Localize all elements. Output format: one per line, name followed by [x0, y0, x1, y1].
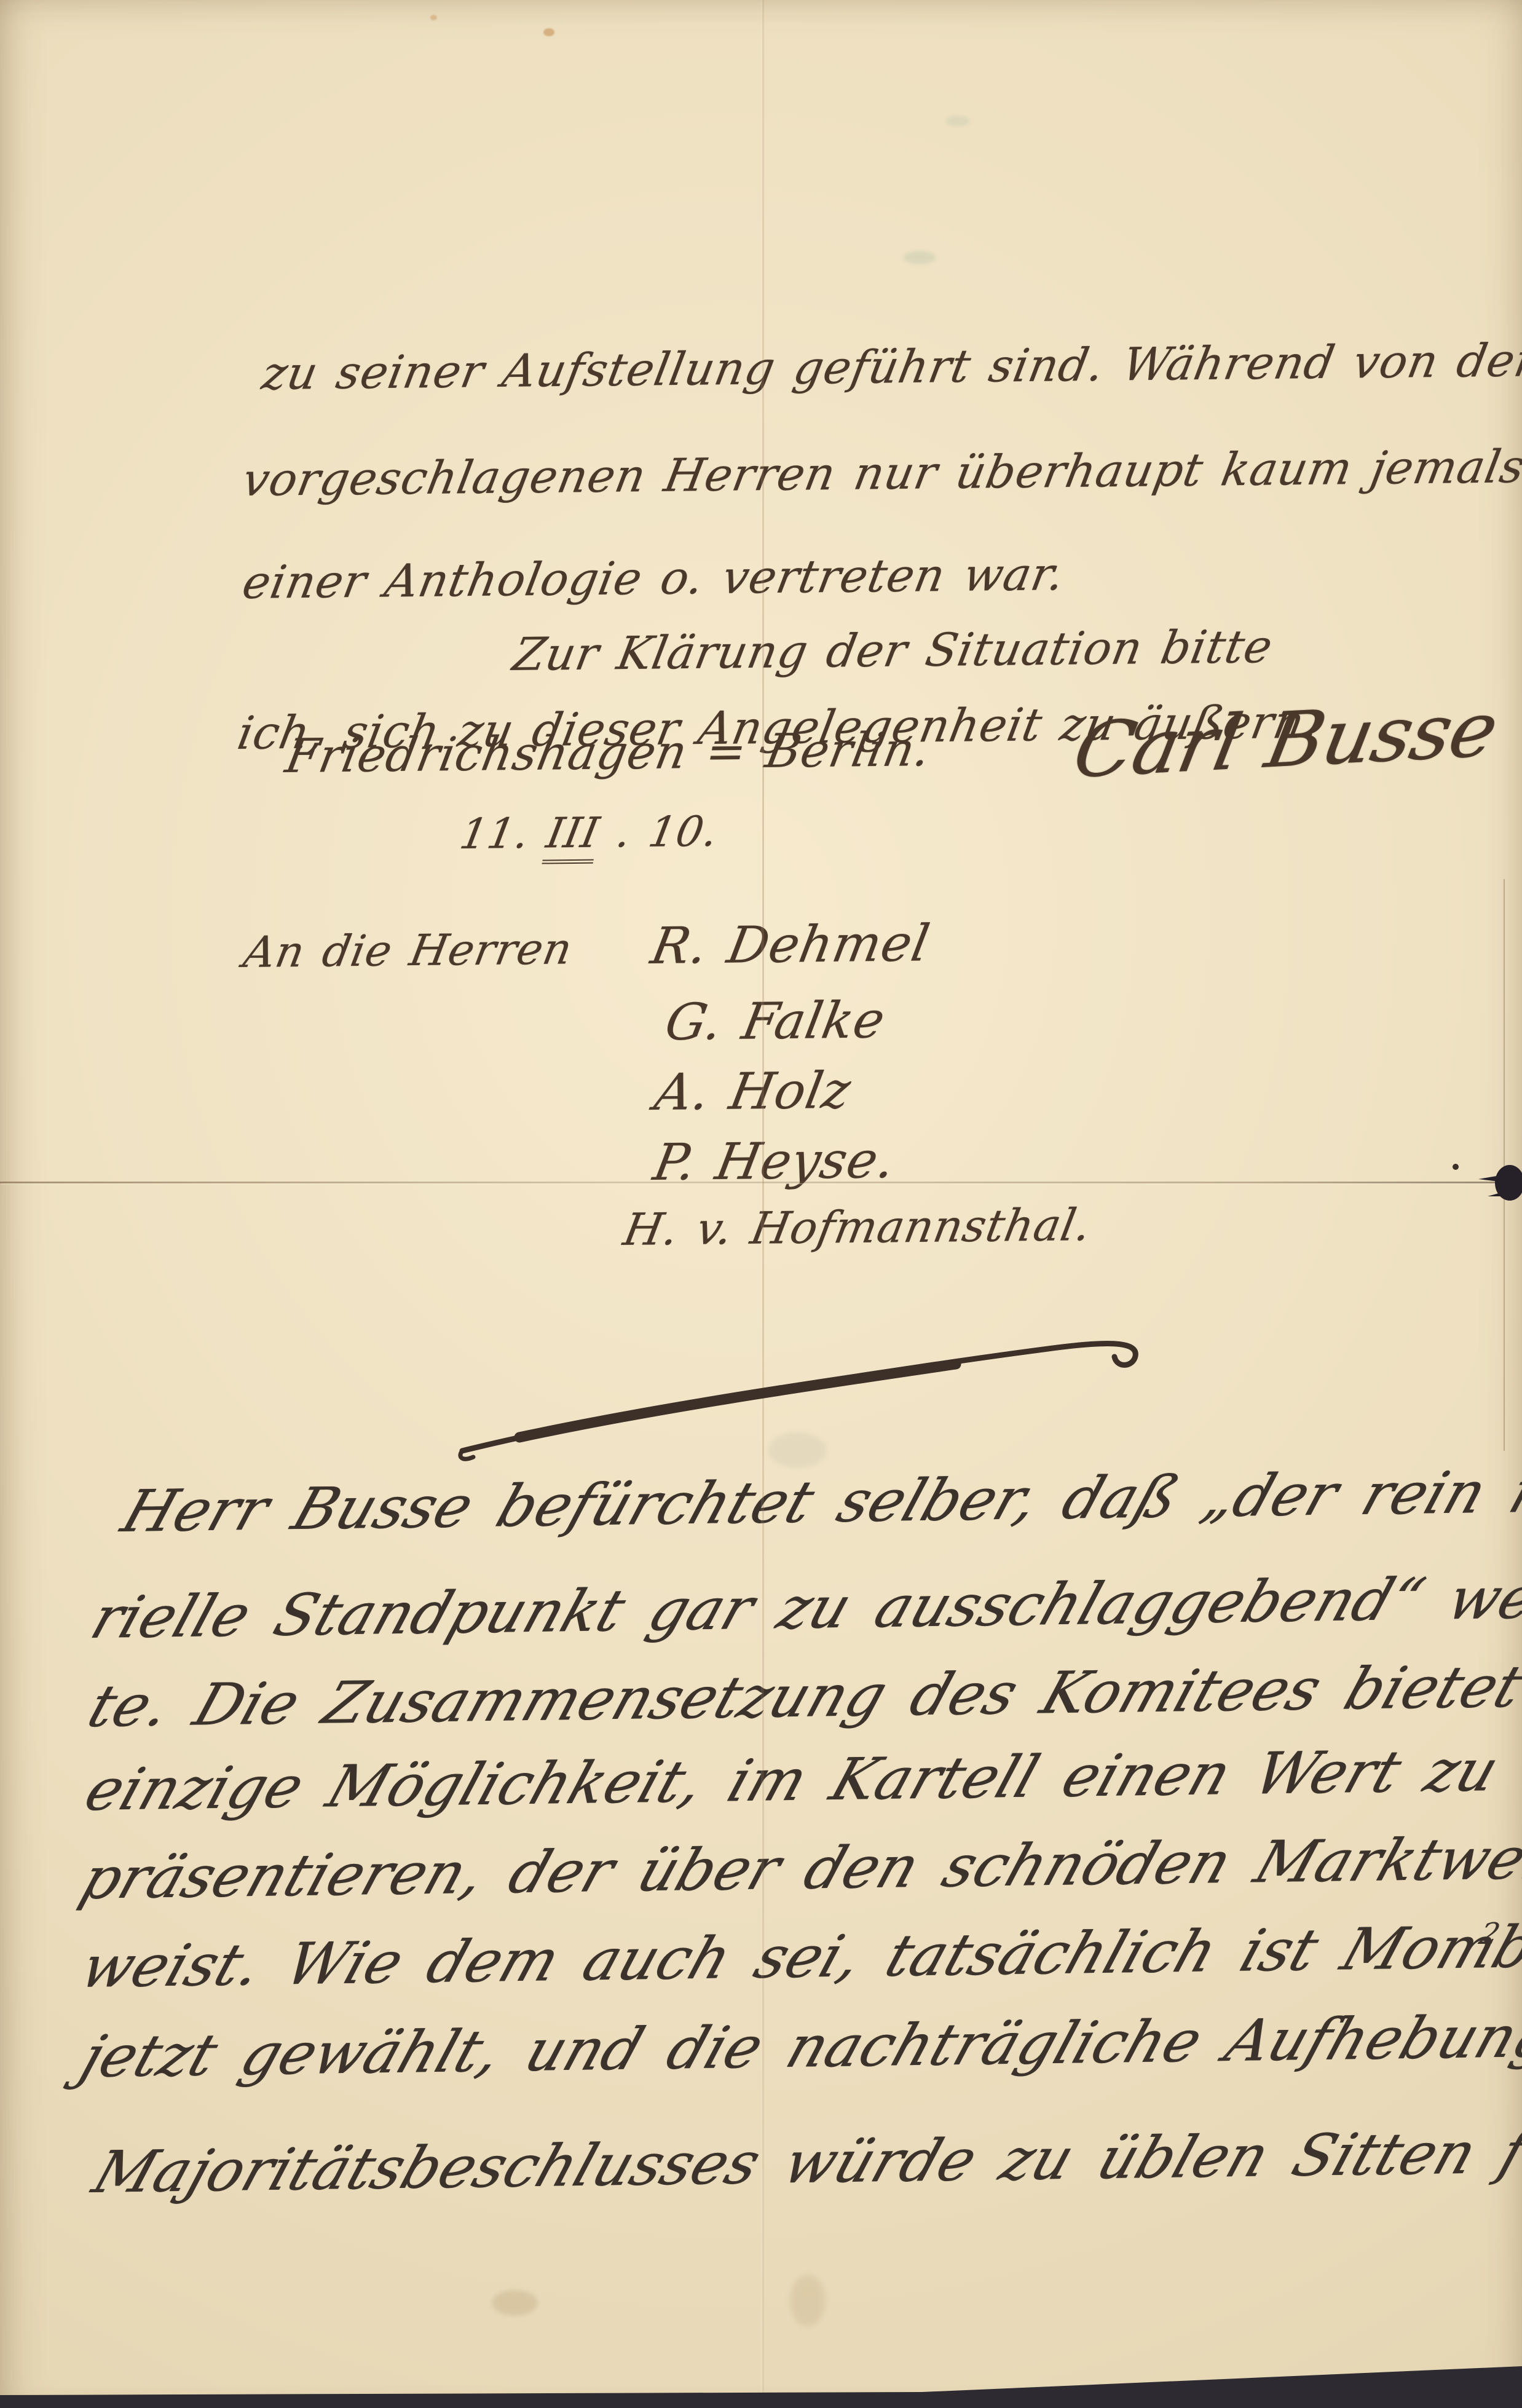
ink-speck — [1453, 1164, 1459, 1170]
letter-paper: zu seiner Aufstellung geführt sind. Währ… — [0, 0, 1522, 2408]
ink-blot — [1453, 1164, 1522, 1201]
ink-graphics-layer — [0, 0, 1522, 2408]
scanner-edge-band — [0, 2366, 1522, 2408]
flourish-divider — [460, 1343, 1135, 1459]
